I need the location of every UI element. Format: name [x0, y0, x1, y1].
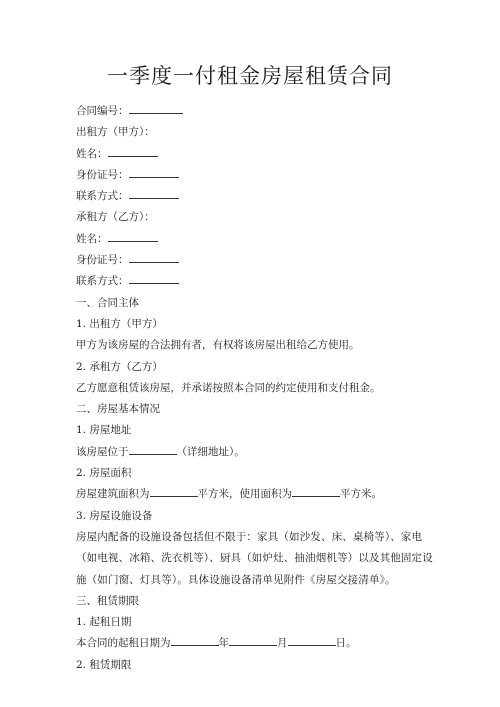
lessor-name-label: 姓名： [76, 148, 108, 160]
document-body: 合同编号： 出租方（甲方）： 姓名： 身份证号： 联系方式： 承租方（乙方）： … [76, 101, 436, 676]
start-month-blank [229, 634, 277, 646]
section-1-item-2-heading: 2. 承租方（乙方） [76, 357, 436, 378]
lessor-contact-field: 联系方式： [76, 186, 436, 207]
lessor-contact-label: 联系方式： [76, 190, 129, 202]
document-title: 一季度一付租金房屋租赁合同 [0, 60, 500, 90]
lessor-heading: 出租方（甲方）： [76, 122, 436, 143]
lessee-contact-field: 联系方式： [76, 271, 436, 292]
start-date-field: 本合同的起租日期为年月日。 [76, 633, 436, 654]
lessee-name-field: 姓名： [76, 229, 436, 250]
lessee-contact-label: 联系方式： [76, 275, 129, 287]
start-day-blank [288, 634, 336, 646]
lessee-id-field: 身份证号： [76, 250, 436, 271]
section-2-heading: 二、房屋基本情况 [76, 399, 436, 420]
lessor-name-blank [108, 145, 158, 157]
section-1-item-1-heading: 1. 出租方（甲方） [76, 314, 436, 335]
day-label: 日。 [336, 637, 357, 649]
lessee-contact-blank [129, 272, 179, 284]
lessee-heading: 承租方（乙方）： [76, 207, 436, 228]
section-2-item-3-heading: 3. 房屋设施设备 [76, 506, 436, 527]
section-3-item-2-heading: 2. 租赁期限 [76, 655, 436, 676]
year-label: 年 [219, 637, 230, 649]
start-year-blank [171, 634, 219, 646]
lessor-id-field: 身份证号： [76, 165, 436, 186]
lessor-id-label: 身份证号： [76, 169, 129, 181]
section-1-heading: 一、合同主体 [76, 293, 436, 314]
section-1-item-2-text: 乙方愿意租赁该房屋，并承诺按照本合同的约定使用和支付租金。 [76, 378, 436, 399]
area-suffix: 平方米。 [340, 488, 382, 500]
contract-number-field: 合同编号： [76, 101, 436, 122]
section-3-heading: 三、租赁期限 [76, 591, 436, 612]
lessee-id-label: 身份证号： [76, 254, 129, 266]
area-prefix: 房屋建筑面积为 [76, 488, 150, 500]
address-prefix: 该房屋位于 [76, 446, 129, 458]
month-label: 月 [277, 637, 288, 649]
section-1-item-1-text: 甲方为该房屋的合法拥有者，有权将该房屋出租给乙方使用。 [76, 335, 436, 356]
lessor-contact-blank [129, 187, 179, 199]
section-3-item-1-heading: 1. 起租日期 [76, 612, 436, 633]
lessee-name-blank [108, 230, 158, 242]
address-field: 该房屋位于（详细地址）。 [76, 442, 436, 463]
area-field: 房屋建筑面积为平方米，使用面积为平方米。 [76, 484, 436, 505]
section-2-item-1-heading: 1. 房屋地址 [76, 420, 436, 441]
usable-area-blank [292, 485, 340, 497]
building-area-blank [150, 485, 198, 497]
section-2-item-3-text: 房屋内配备的设施设备包括但不限于：家具（如沙发、床、桌椅等）、家电（如电视、冰箱… [76, 527, 436, 591]
start-date-prefix: 本合同的起租日期为 [76, 637, 171, 649]
address-suffix: （详细地址）。 [177, 446, 245, 458]
lessor-name-field: 姓名： [76, 144, 436, 165]
lessee-id-blank [129, 251, 179, 263]
area-mid: 平方米，使用面积为 [198, 488, 293, 500]
contract-number-label: 合同编号： [76, 105, 129, 117]
address-blank [129, 443, 177, 455]
contract-number-blank [129, 102, 183, 114]
section-2-item-2-heading: 2. 房屋面积 [76, 463, 436, 484]
lessor-id-blank [129, 166, 179, 178]
lessee-name-label: 姓名： [76, 233, 108, 245]
